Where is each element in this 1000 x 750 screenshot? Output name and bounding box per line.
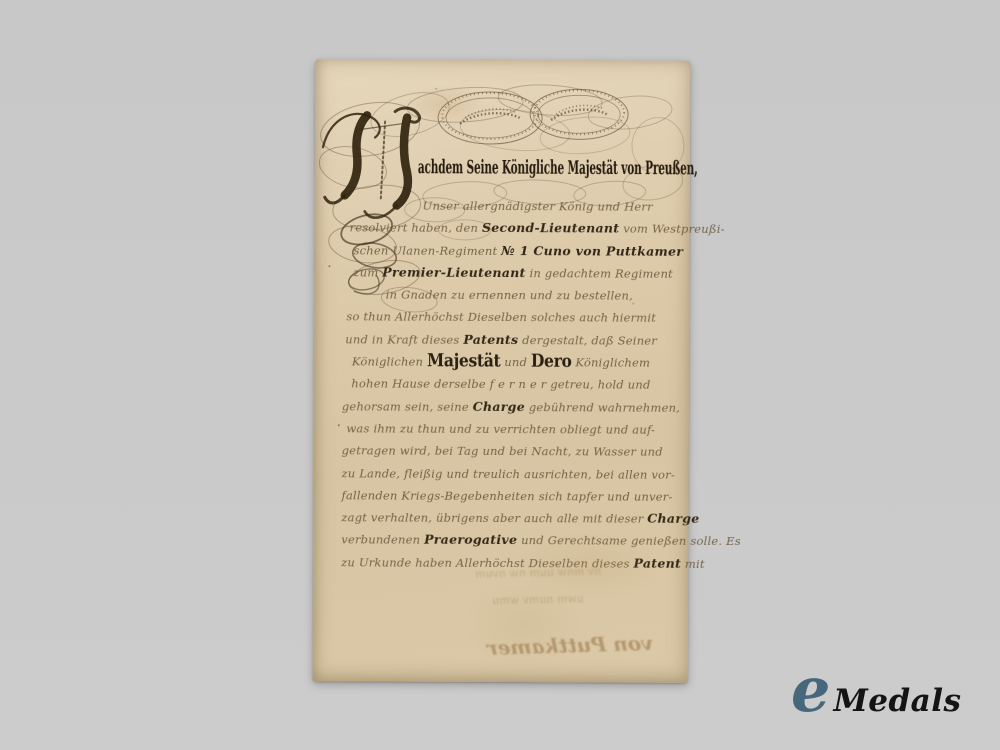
- paper-speck: [632, 303, 634, 305]
- document-text-line: fallenden Kriegs-Begebenheiten sich tapf…: [341, 483, 659, 507]
- document-text-line: getragen wird, bei Tag und bei Nacht, zu…: [342, 439, 660, 463]
- emedals-logo-e: e: [791, 653, 830, 726]
- cartouche-left-ornament: [438, 92, 542, 144]
- document-text-line: verbundenen Praerogative und Gerechtsame…: [341, 528, 659, 552]
- document-paper: achdem Seine Königliche Majestät von Pre…: [313, 59, 691, 683]
- document-text-line: was ihm zu thun und zu verrichten oblieg…: [342, 416, 660, 440]
- paper-speck: [338, 424, 340, 426]
- document-text-line: resolviert haben, den Second-Lieutenant …: [350, 216, 668, 240]
- bleedthrough-signature: von Puttkamer: [487, 631, 653, 660]
- document-text-line: zu Lande, fleißig und treulich ausrichte…: [342, 461, 660, 485]
- document-text-line: so thun Allerhöchst Dieselben solches au…: [342, 305, 660, 329]
- document-text-line: schen Ulanen-Regiment № 1 Cuno von Puttk…: [353, 238, 671, 262]
- emedals-watermark: eMedals: [791, 659, 961, 721]
- document-heading: achdem Seine Königliche Majestät von Pre…: [418, 156, 698, 180]
- photo-backdrop: achdem Seine Königliche Majestät von Pre…: [0, 0, 1000, 750]
- document-text-line: zum Premier-Lieutenant in gedachtem Regi…: [353, 260, 671, 284]
- document-text-line: Königlichen Majestät und Dero Königliche…: [342, 349, 660, 373]
- paper-speck: [435, 88, 437, 90]
- document-text-line: hohen Hause derselbe f e r n e r getreu,…: [342, 372, 660, 396]
- document-text-line: und in Kraft dieses Patents dergestalt, …: [342, 327, 660, 351]
- document-text-line: gehorsam sein, seine Charge gebührend wa…: [342, 394, 660, 418]
- emedals-logo-wordmark: Medals: [833, 683, 961, 719]
- document-text-line: zagt verhalten, übrigens aber auch alle …: [341, 505, 659, 529]
- document-text-line: Unser allergnädigster König und Herr: [379, 193, 697, 217]
- paper-speck: [328, 265, 330, 267]
- document-text-line: in Gnaden zu ernennen und zu bestellen,: [350, 283, 668, 307]
- document-body-lines: Unser allergnädigster König und Herrreso…: [341, 193, 661, 573]
